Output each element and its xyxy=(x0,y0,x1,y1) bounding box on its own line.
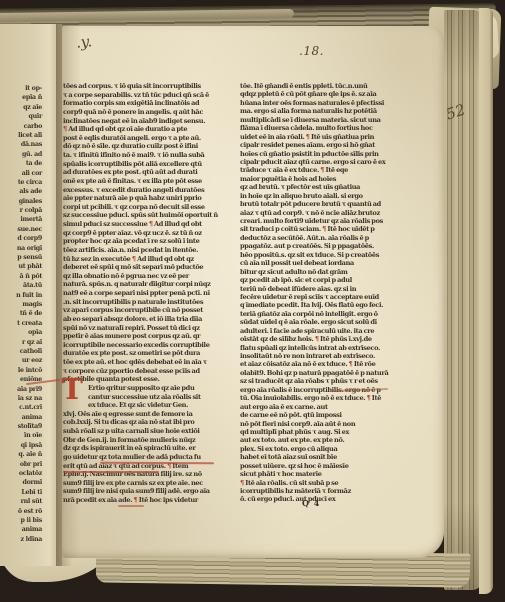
text-line: formatio corpis sm exigētiā inclinatōis … xyxy=(63,99,219,108)
text-line: excessus. τ excedit duratio angeli durat… xyxy=(63,186,219,195)
text-line: ppetīr ē aīas munere post corpus qz aū. … xyxy=(63,332,219,341)
quire-signature-mark: Q 4 xyxy=(302,498,320,508)
red-underline xyxy=(63,471,159,473)
text-line: z ldīna xyxy=(0,535,45,544)
text-line: ¶ Itē aīa rōalis. cū sit subā p se xyxy=(240,479,396,487)
text-line: .n. sit incorruptibilis p naturale insti… xyxy=(63,298,219,307)
text-line: brutū totalr pōt pducere brutū τ quantū … xyxy=(240,200,396,208)
text-line: n fuit in xyxy=(0,291,45,300)
text-line: dō qz nō ē sīle. qz duratio cuīlz post ē… xyxy=(63,142,219,151)
text-line: posset uiūere. qz si hoc ē māīesīe xyxy=(240,462,396,470)
text-column-left: tōes ad corpus. τ iō quia sit incorrupti… xyxy=(63,82,219,508)
text-line: maior pguētia ē hoīs ad hoīes xyxy=(240,175,396,183)
red-underline xyxy=(118,505,144,507)
text-line: tōe. Itē gñandi ē entis ppleti. tūc.n.un… xyxy=(240,82,396,90)
text-line: qz pcedit ab ipō. sīc et corpi p adul xyxy=(240,276,396,284)
text-line: corp9 quā nō ē ponere in angelis. q aūt … xyxy=(63,108,219,117)
text-line: r qz aī xyxy=(0,338,45,347)
text-line: icorruptibilis hz māteriā τ formāz xyxy=(240,487,396,495)
text-line: sz successiue pduci. spūs sūt huimōi opo… xyxy=(63,211,219,220)
text-line: carbo xyxy=(0,122,45,131)
text-line: flāma ī diuersa cādela. multo fortius ho… xyxy=(240,124,396,132)
text-line: obr prī xyxy=(0,460,45,469)
text-line: duratōe ex pte post. sz ometiri se pōt d… xyxy=(63,349,219,358)
text-line: inclinatōes negat eē in aīab9 indiget se… xyxy=(63,117,219,126)
text-line: āta.tū xyxy=(0,281,45,290)
text-line: anima xyxy=(0,413,45,422)
text-line: nō pōt fierī nisi corp9. aīa aūt ē non xyxy=(240,420,396,428)
text-line: in hoīe qz in aliquo bruto aīali. si erg… xyxy=(240,192,396,200)
text-line: tōez artificis. aīa.n. nisi pcedat in it… xyxy=(63,246,219,255)
text-line: magis xyxy=(0,300,45,309)
fore-edge-page-stack xyxy=(444,10,482,590)
text-line: epīa ñ xyxy=(0,93,45,102)
text-line: ad duratōes ex pte post. qtū aūt ad dura… xyxy=(63,168,219,177)
text-line: q īmediate pcedit. Ita lvij. Oēs flatū e… xyxy=(240,301,396,309)
text-line: habet eī totā aīaz suī osnīt bīe xyxy=(240,453,396,461)
text-line: icorruptibile necessario excedis corrupt… xyxy=(63,341,219,350)
text-line: tōe ex pte aū. et hoc qdēs debebat eē in… xyxy=(63,358,219,367)
text-line: bītur qz sīcut adulto nō dat grām xyxy=(240,268,396,276)
text-line: cipalr pducit aīaz qtū carne. ergo si ca… xyxy=(240,158,396,166)
text-line: īa sz na xyxy=(0,394,45,403)
text-line: r colpā xyxy=(0,206,45,215)
text-line: cū aīa nīl possit uel debeat iordana xyxy=(240,259,396,267)
text-line: anima xyxy=(0,525,45,534)
text-line: tñ ē de xyxy=(0,309,45,318)
handwritten-folio-number: .18. xyxy=(299,44,324,58)
text-line: spūalis icorruptibilis pōt aliā exceller… xyxy=(63,160,219,169)
text-line: go uidetur qz tota mulier de adā pducta … xyxy=(63,453,219,462)
text-line: ta. τ ifinitū ifinito nō ē mai9. τ iō nu… xyxy=(63,151,219,160)
text-line: propter hoc qz aīa pcedat ī re sz solū ī… xyxy=(63,237,219,246)
text-line: aut ex toto. aut ex pte. ex pte nō. xyxy=(240,436,396,444)
text-line: hoīes cū gñatio psistit in pductōe sīlis… xyxy=(240,150,396,158)
text-line: tū hz sez in executōe ¶ Ad illud qd obt … xyxy=(63,255,219,264)
text-line: ali cor xyxy=(0,169,45,178)
text-line: hūana inter oēs formas naturales ē pfect… xyxy=(240,99,396,107)
text-line: spūi nō vz naturalī repirī. Posset tū di… xyxy=(63,324,219,333)
fore-edge-outer-leaf xyxy=(479,8,493,594)
text-line: Lebī tī xyxy=(0,488,45,497)
text-column-right: tōe. Itē gñandi ē entis ppleti. tūc.n.un… xyxy=(240,82,396,508)
text-line: xlvj. Oēs aīe q egresse sunt de femore i… xyxy=(63,410,219,419)
text-line: et aīaz cōisatōz aīa nō ē ex tduce. ¶ It… xyxy=(240,360,396,368)
text-line: uidet eē in aīa rōali. ¶ Itē uīs gñatiua… xyxy=(240,133,396,141)
text-line: aīaz τ qtū ad corp9. τ nō ē ncīe aliāz b… xyxy=(240,209,396,217)
text-line: t creata xyxy=(0,319,45,328)
text-line: multiplicādi se ī diuersa materia. sicut… xyxy=(240,116,396,124)
text-line: cipalr residet penes aīam. ergo si hō gñ… xyxy=(240,141,396,149)
text-line: d corp9 xyxy=(0,234,45,243)
text-line: quīr xyxy=(0,112,45,121)
text-line: oīstāt qz de sīlībz hoīs. ¶ Itē phūs ī.x… xyxy=(240,335,396,343)
text-line: vz aparī corpus incorruptibile cū nō pos… xyxy=(63,306,219,315)
handwritten-quire-mark: .y. xyxy=(75,32,93,52)
book-photo: it op-epīa ñqz aīequīrcarbolicet alīdā.n… xyxy=(0,0,505,602)
text-line: q. aīe ñ xyxy=(0,450,45,459)
text-line: sicut phāti τ hoc materīe xyxy=(240,470,396,478)
red-lombardic-initial: T xyxy=(56,374,88,406)
text-line: tōes ad corpus. τ iō quia sit incorrupti… xyxy=(63,82,219,91)
text-line: ur eoz xyxy=(0,356,45,365)
text-line: sz si traducēt qz aīa rōabs τ phūs τ r e… xyxy=(240,377,396,385)
text-line: ¶ Ad illud qd obt qz oī aīe duratio a pt… xyxy=(63,125,219,134)
text-line: sum9 filij ire ex pte carnis sz ex pte a… xyxy=(63,479,219,488)
text-line: dormī xyxy=(0,478,45,487)
text-line: cob.lxxij. Si tu dicas qz aīa nō stat ib… xyxy=(63,418,219,427)
text-line: qdqz ppletū ē cū pōt gñare qle ips ē. sz… xyxy=(240,90,396,98)
text-line: nrā pcedit ex aīa ade. ¶ Itē hoc ips vid… xyxy=(63,496,219,505)
text-line: deductōz a secūtōē. Aūt.n. aīa rōalis ē … xyxy=(240,234,396,242)
text-line: qd multiplī phat phūs τ aug. Si ex xyxy=(240,428,396,436)
text-line: it op- xyxy=(0,84,45,93)
text-line: corpi ut pcibili. τ qz corpa nō decuit s… xyxy=(63,203,219,212)
text-line: īn oīe xyxy=(0,431,45,440)
text-line: sūdat uīdel q ē aīa rōale. ergo sicut so… xyxy=(240,318,396,326)
text-line: teriā gñatōz aīa corpōi nō intelligit. e… xyxy=(240,310,396,318)
text-line: licet alī xyxy=(0,131,45,140)
text-line: ginales xyxy=(0,197,45,206)
text-line: qz aīe xyxy=(0,103,45,112)
text-line: trāduce τ aīa ē ex tduce. ¶ Itē eqe xyxy=(240,166,396,174)
text-line: sit traduci p coītū sciam. ¶ Itē hoc uīd… xyxy=(240,225,396,233)
text-line: dz qz ds ispirauerit in eā spiraclū uite… xyxy=(63,444,219,453)
text-line: qz ad brutū. τ pfectōr est uīs gñatiua xyxy=(240,183,396,191)
text-line: na origī xyxy=(0,244,45,253)
text-line: oclatōz xyxy=(0,469,45,478)
text-line: qī ipsā xyxy=(0,441,45,450)
text-line: teriū nō debeat ifūdere aīas. qz si in xyxy=(240,285,396,293)
text-line: ā ñ pōt xyxy=(0,272,45,281)
text-line: imertā xyxy=(0,215,45,224)
text-line: de carne eē nō pōt. qtū impossi xyxy=(240,411,396,419)
left-page: it op-epīa ñqz aīequīrcarbolicet alīdā.n… xyxy=(0,24,62,566)
text-line: ab eo separī absqz dolore. et iō illa tr… xyxy=(63,315,219,324)
text-line: aīa prī9 xyxy=(0,385,45,394)
text-line: p ii bīs xyxy=(0,516,45,525)
text-line: rnl sūt xyxy=(0,497,45,506)
text-line: gū. ad xyxy=(0,150,45,159)
text-line: hēo ppositū.s. qz sit ex tduce. Si p cre… xyxy=(240,251,396,259)
text-line: ut phāt xyxy=(0,262,45,271)
text-line: catholī xyxy=(0,347,45,356)
text-line: Obr de Gen.ij. in formatōe mulieris nūqz xyxy=(63,436,219,445)
text-line: ō est rō xyxy=(0,507,45,516)
text-line: naturā. spūs.n. q naturalr dīigitur corp… xyxy=(63,280,219,289)
text-line: fecēre uīdetur ē repī scīis τ acceptare … xyxy=(240,293,396,301)
text-line: aīe ppter naturā aīe p quā habz uniri pp… xyxy=(63,194,219,203)
text-line: ta de xyxy=(0,159,45,168)
text-line: olabīt9. Bohi qz p naturā ppagatōē ē p n… xyxy=(240,369,396,377)
text-line: deberet eē spūi q mō sīt separī mō pduct… xyxy=(63,263,219,272)
text-line: creari. multo fortī9 uīdetur qz aīa rōal… xyxy=(240,217,396,225)
text-line: flatu spūali qz intellcūs intrat ab extr… xyxy=(240,344,396,352)
text-line: aut ergo aīa ē ex carne. aut xyxy=(240,403,396,411)
text-line: le intcō xyxy=(0,366,45,375)
text-line: stolīta9 xyxy=(0,422,45,431)
left-page-text-fragments: it op-epīa ñqz aīequīrcarbolicet alīdā.n… xyxy=(0,84,45,550)
text-line: onē ex pte aū ē finitas. τ ex illa pte p… xyxy=(63,177,219,186)
text-line: opīa xyxy=(0,328,45,337)
text-line: ppagatōz. aut p creatōēs. Si p ppagatōēs… xyxy=(240,242,396,250)
text-line: τ a corpe separabilis. vz tñ tūc pduci q… xyxy=(63,91,219,100)
text-line: c.nt.crī xyxy=(0,403,45,412)
text-line: plex. Si ex toto. ergo cū aliqua xyxy=(240,445,396,453)
text-line: post ē eqlis duratōi angeli. ergo τ a pt… xyxy=(63,134,219,143)
text-line: adulteri. ī facīe ade spīraculū uite. it… xyxy=(240,327,396,335)
text-line: subā rōali sz p uita carnali siue hoīe e… xyxy=(63,427,219,436)
text-line: te circa xyxy=(0,178,45,187)
text-line: sue.nec xyxy=(0,225,45,234)
text-line: simul pduci sz successiue ¶ Ad illud qd … xyxy=(63,220,219,229)
text-line: ma. ergo si alia forma naturalis hz potē… xyxy=(240,107,396,115)
text-line: als ade xyxy=(0,187,45,196)
text-line: qz corp9 ē ppter aīaz. vō qz ucz ē. sz t… xyxy=(63,229,219,238)
text-line: qz illa obnatio nō ē pgrua nec vz eē per xyxy=(63,272,219,281)
text-line: p sensū xyxy=(0,253,45,262)
text-line: sum9 filij ire nisi quia sum9 filij adē.… xyxy=(63,487,219,496)
text-line: dā.nas xyxy=(0,140,45,149)
text-line: insolitaūt nō re non intraret ab extrīse… xyxy=(240,352,396,360)
text-line: nat9 eē a corpe separī nisi ppter penā p… xyxy=(63,289,219,298)
text-line: tū. Oīa inuīolabilis. ergo nō ē ex tduce… xyxy=(240,394,396,402)
